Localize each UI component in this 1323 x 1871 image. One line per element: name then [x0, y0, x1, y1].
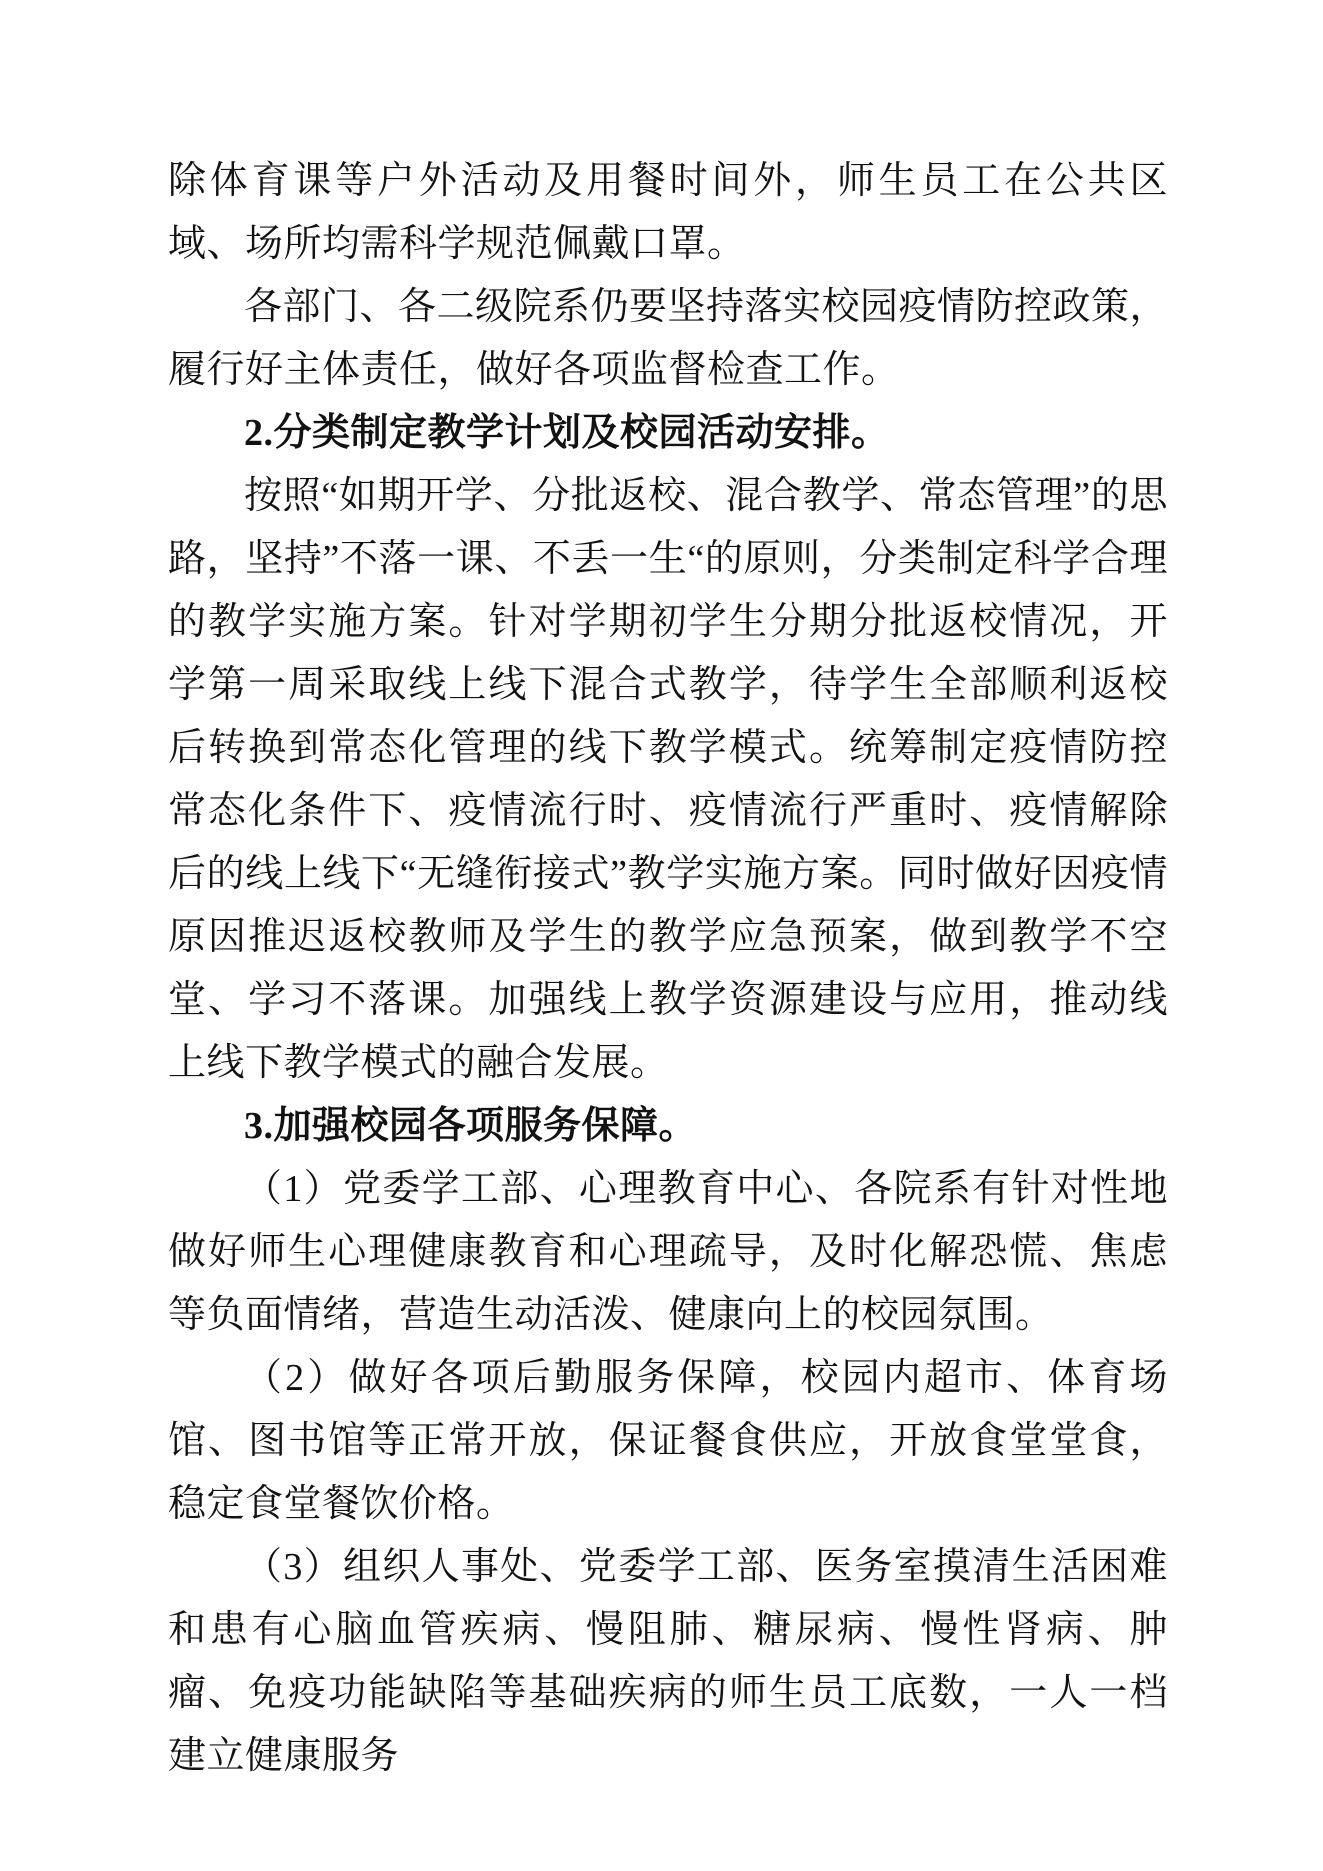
document-body: 除体育课等户外活动及用餐时间外，师生员工在公共区域、场所均需科学规范佩戴口罩。 …: [168, 150, 1168, 1788]
heading-2-teaching-plan: 2.分类制定教学计划及校园活动安排。: [168, 402, 1168, 465]
para-logistics-support: （2）做好各项后勤服务保障，校园内超市、体育场馆、图书馆等正常开放，保证餐食供应…: [168, 1347, 1168, 1536]
document-page: 除体育课等户外活动及用餐时间外，师生员工在公共区域、场所均需科学规范佩戴口罩。 …: [0, 0, 1323, 1871]
heading-3-campus-services: 3.加强校园各项服务保障。: [168, 1095, 1168, 1158]
para-department-responsibility: 各部门、各二级院系仍要坚持落实校园疫情防控政策，履行好主体责任，做好各项监督检查…: [168, 276, 1168, 402]
para-health-archive: （3）组织人事处、党委学工部、医务室摸清生活困难和患有心脑血管疾病、慢阻肺、糖尿…: [168, 1536, 1168, 1788]
para-psych-support: （1）党委学工部、心理教育中心、各院系有针对性地做好师生心理健康教育和心理疏导，…: [168, 1158, 1168, 1347]
para-teaching-plan-detail: 按照“如期开学、分批返校、混合教学、常态管理”的思路，坚持”不落一课、不丢一生“…: [168, 465, 1168, 1095]
para-mask-rule: 除体育课等户外活动及用餐时间外，师生员工在公共区域、场所均需科学规范佩戴口罩。: [168, 150, 1168, 276]
